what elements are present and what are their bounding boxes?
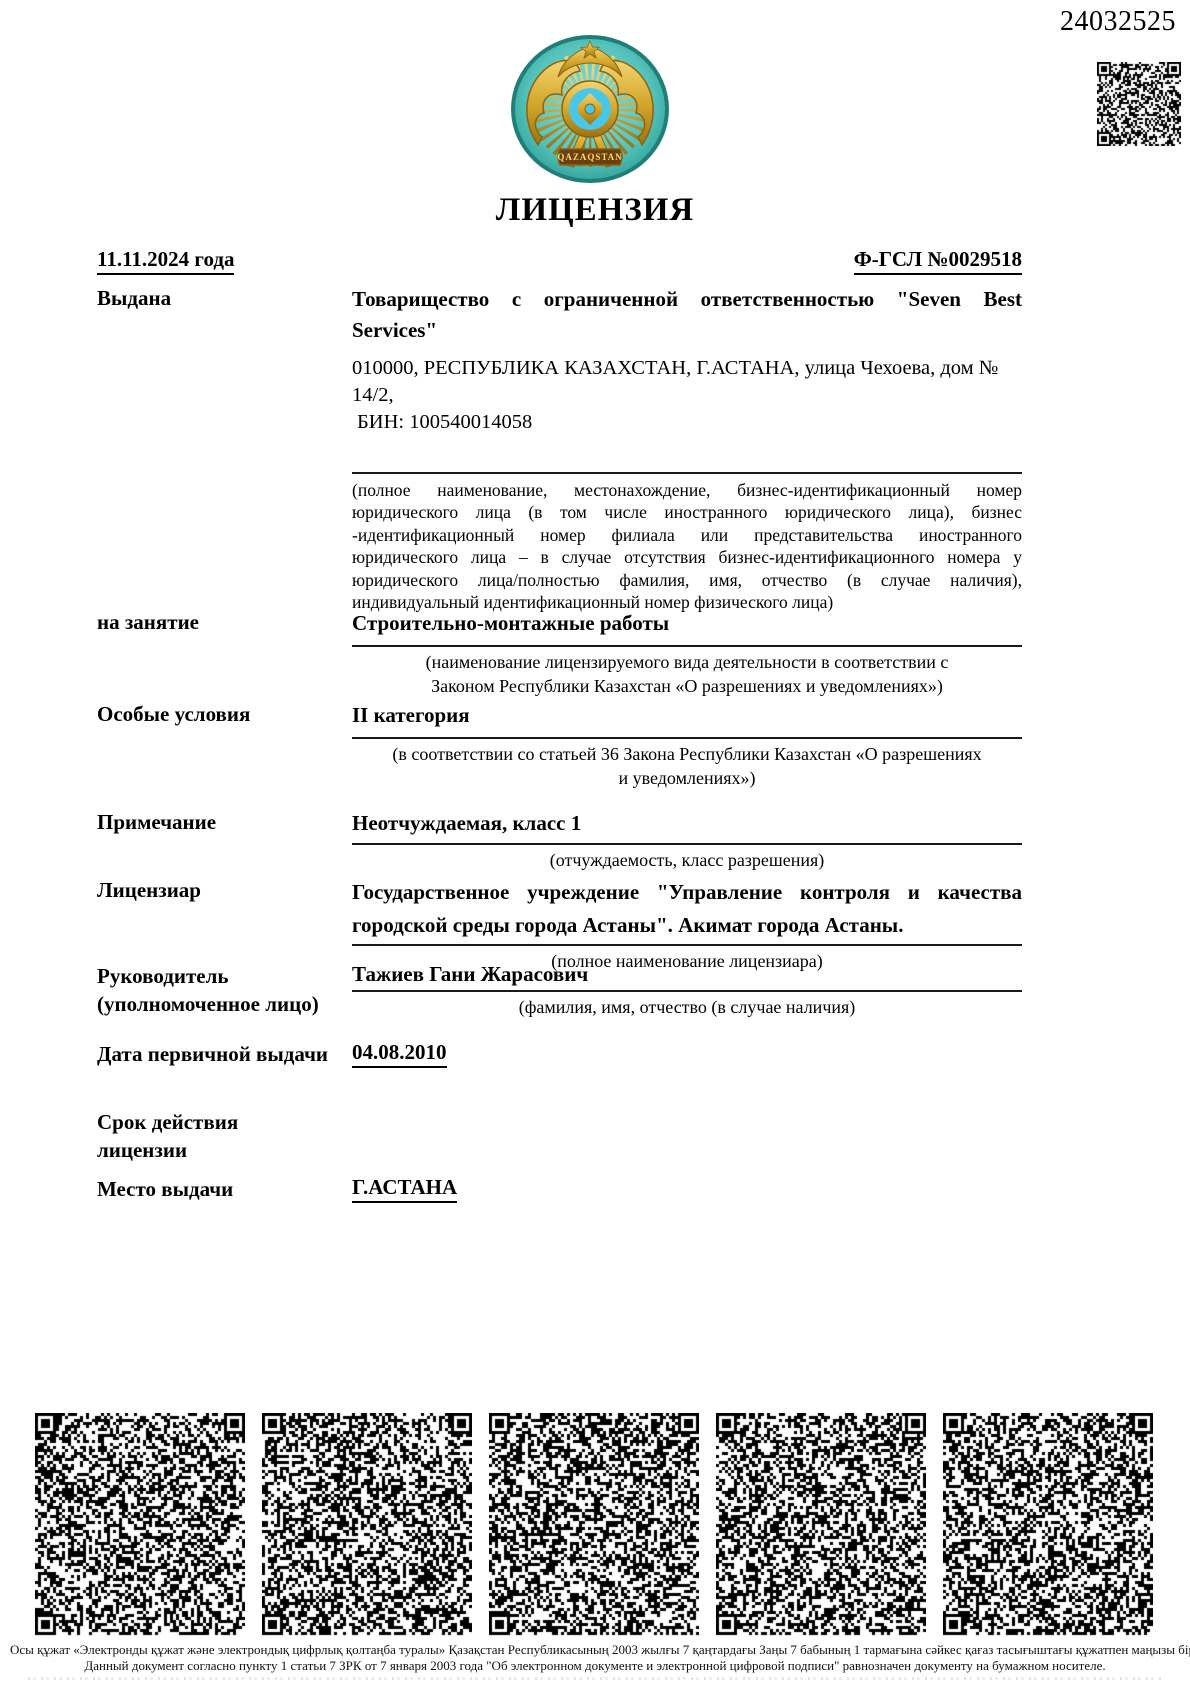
note-label: Примечание — [97, 808, 352, 836]
first-issue-date-label: Дата первичной выдачи — [97, 1040, 352, 1068]
issue-place-section: Место выдачи Г.АСТАНА — [97, 1175, 1022, 1203]
footer-line-russian: Данный документ согласно пункту 1 статьи… — [10, 1658, 1180, 1673]
address-line-1: 010000, РЕСПУБЛИКА КАЗАХСТАН, Г.АСТАНА, … — [352, 355, 1022, 409]
special-conditions-value: II категория — [352, 700, 1022, 739]
activity-label: на занятие — [97, 608, 352, 636]
meta-row: 11.11.2024 года Ф-ГСЛ №0029518 — [97, 247, 1022, 275]
barcode-2d — [35, 1413, 245, 1637]
head-section: Руководитель (уполномоченное лицо) Тажие… — [97, 962, 1022, 1019]
kazakhstan-emblem-icon: QAZAQSTAN — [510, 33, 670, 185]
license-number: Ф-ГСЛ №0029518 — [854, 247, 1022, 275]
issued-to-value: Товарищество с ограниченной ответственно… — [352, 284, 1022, 346]
issued-to-section: Выдана Товарищество с ограниченной ответ… — [97, 284, 1022, 613]
document-title: ЛИЦЕНЗИЯ — [0, 192, 1190, 229]
head-label: Руководитель (уполномоченное лицо) — [97, 962, 352, 1018]
special-conditions-section: Особые условия II категория (в соответст… — [97, 700, 1022, 790]
validity-label-line2: лицензии — [97, 1136, 352, 1164]
issue-date: 11.11.2024 года — [97, 247, 234, 275]
note-caption: (отчуждаемость, класс разрешения) — [352, 845, 1022, 872]
licensor-section: Лицензиар Государственное учреждение "Уп… — [97, 876, 1022, 973]
head-caption: (фамилия, имя, отчество (в случае наличи… — [352, 992, 1022, 1019]
head-label-line1: Руководитель — [97, 962, 352, 990]
issue-place-value: Г.АСТАНА — [352, 1175, 457, 1203]
head-value: Тажиев Гани Жарасович — [352, 962, 1022, 992]
qr-code — [1097, 62, 1181, 146]
note-value: Неотчуждаемая, класс 1 — [352, 808, 1022, 845]
emblem-banner-text: QAZAQSTAN — [557, 152, 622, 162]
validity-label-line1: Срок действия — [97, 1108, 352, 1136]
document-registration-number: 24032525 — [1060, 6, 1176, 38]
activity-value: Строительно-монтажные работы — [352, 608, 1022, 647]
first-issue-date-section: Дата первичной выдачи 04.08.2010 — [97, 1040, 1022, 1068]
special-conditions-caption: (в соответствии со статьей 36 Закона Рес… — [352, 739, 1022, 790]
truncated-text-artifact — [28, 1677, 1162, 1680]
barcode-2d — [489, 1413, 699, 1637]
barcode-2d — [262, 1413, 472, 1637]
footer-line-kazakh: Осы құжат «Электронды құжат және электро… — [10, 1642, 1180, 1657]
issued-to-address: 010000, РЕСПУБЛИКА КАЗАХСТАН, Г.АСТАНА, … — [352, 355, 1022, 436]
licensor-value: Государственное учреждение "Управление к… — [352, 876, 1022, 946]
barcode-2d — [716, 1413, 926, 1637]
barcode-2d — [943, 1413, 1153, 1637]
special-conditions-label: Особые условия — [97, 700, 352, 728]
digital-signature-barcode-strip — [35, 1413, 1155, 1637]
validity-section: Срок действия лицензии — [97, 1108, 1022, 1164]
activity-caption: (наименование лицензируемого вида деятел… — [352, 647, 1022, 698]
issue-place-label: Место выдачи — [97, 1175, 352, 1203]
head-label-line2: (уполномоченное лицо) — [97, 990, 352, 1018]
note-section: Примечание Неотчуждаемая, класс 1 (отчуж… — [97, 808, 1022, 872]
activity-section: на занятие Строительно-монтажные работы … — [97, 608, 1022, 698]
issued-to-label: Выдана — [97, 284, 352, 312]
issued-to-caption: (полное наименование, местонахождение, б… — [352, 474, 1022, 613]
first-issue-date-value: 04.08.2010 — [352, 1040, 447, 1068]
license-document-page: 24032525 — [0, 0, 1190, 1683]
address-line-2: БИН: 100540014058 — [352, 409, 1022, 436]
licensor-label: Лицензиар — [97, 876, 352, 904]
validity-label: Срок действия лицензии — [97, 1108, 352, 1164]
